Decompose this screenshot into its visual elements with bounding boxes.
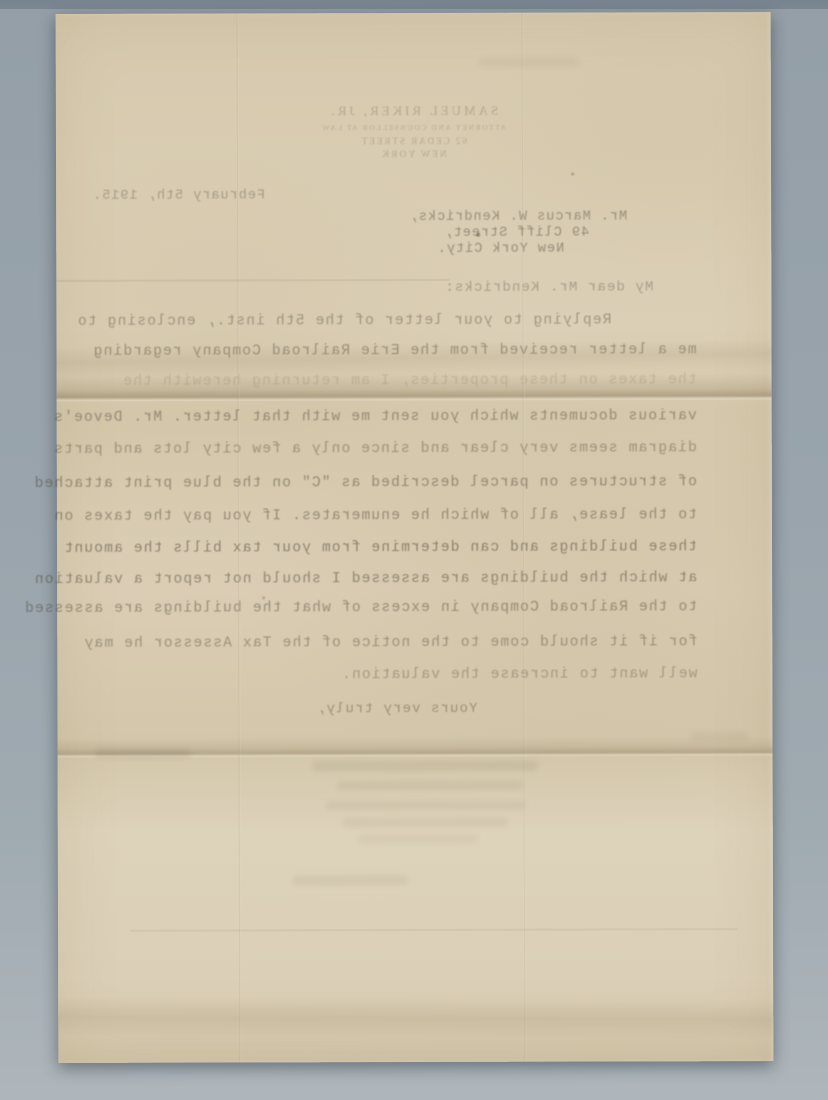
bleed-smudge-enclosure <box>96 749 191 758</box>
letterhead-title: ATTORNEY AND COUNSELLOR AT LAW <box>56 122 771 133</box>
body-line-2: me a letter received from the Erie Railr… <box>92 342 696 360</box>
recipient-street: 49 Cliff Street, <box>444 226 590 241</box>
photo-of-letter-back: SAMUEL RIKER, JR. ATTORNEY AND COUNSELLO… <box>0 0 828 1100</box>
body-line-6: of structures on parcel described as "C"… <box>33 474 696 492</box>
ink-speck-3 <box>262 596 265 599</box>
body-line-3: the taxes on these properties, I am retu… <box>122 372 696 390</box>
ink-speck-2 <box>571 173 574 176</box>
bleed-smudge-signature-3 <box>326 801 526 811</box>
body-line-9: at which the buildings are assessed I sh… <box>34 570 697 588</box>
recipient-name: Mr. Marcus W. Kendricks, <box>409 209 627 225</box>
body-line-10: to the Railroad Company in excess of wha… <box>24 599 697 617</box>
letter-paper-sheet: SAMUEL RIKER, JR. ATTORNEY AND COUNSELLO… <box>56 12 774 1063</box>
bleed-through-text-layer: SAMUEL RIKER, JR. ATTORNEY AND COUNSELLO… <box>56 12 774 1063</box>
body-line-5: diagram seems very clear and since only … <box>53 440 697 458</box>
date-line: February 5th, 1915. <box>92 188 265 203</box>
body-line-1: Replying to your letter of the 5th inst.… <box>77 312 612 329</box>
letterhead-street: 62 CEDAR STREET <box>56 135 771 147</box>
bleed-smudge-stamp-1 <box>343 818 508 827</box>
body-line-12: well want to increase the valuation. <box>341 666 697 683</box>
bleed-smudge-signature-1 <box>313 761 538 772</box>
closing-line: Yours very truly, <box>316 701 478 717</box>
bleed-smudge-stamp-2 <box>358 835 478 843</box>
recipient-city: New York City. <box>437 242 564 257</box>
letterhead-city: NEW YORK <box>56 149 771 161</box>
salutation: My dear Mr. Kendricks: <box>444 279 653 296</box>
bleed-smudge-bottom <box>293 875 408 885</box>
ink-speck-1 <box>476 233 480 237</box>
body-line-8: these buildings and can determine from y… <box>63 539 697 557</box>
body-line-7: to the lease, all of which he enumerates… <box>53 507 697 525</box>
bleed-smudge-top-right <box>479 58 579 67</box>
bleed-smudge-right-edge <box>691 732 749 740</box>
letterhead-name: SAMUEL RIKER, JR. <box>56 102 771 120</box>
bleed-smudge-signature-2 <box>338 781 523 790</box>
body-line-11: for if it should come to the notice of t… <box>83 634 697 652</box>
body-line-4: various documents which you sent me with… <box>53 408 697 426</box>
